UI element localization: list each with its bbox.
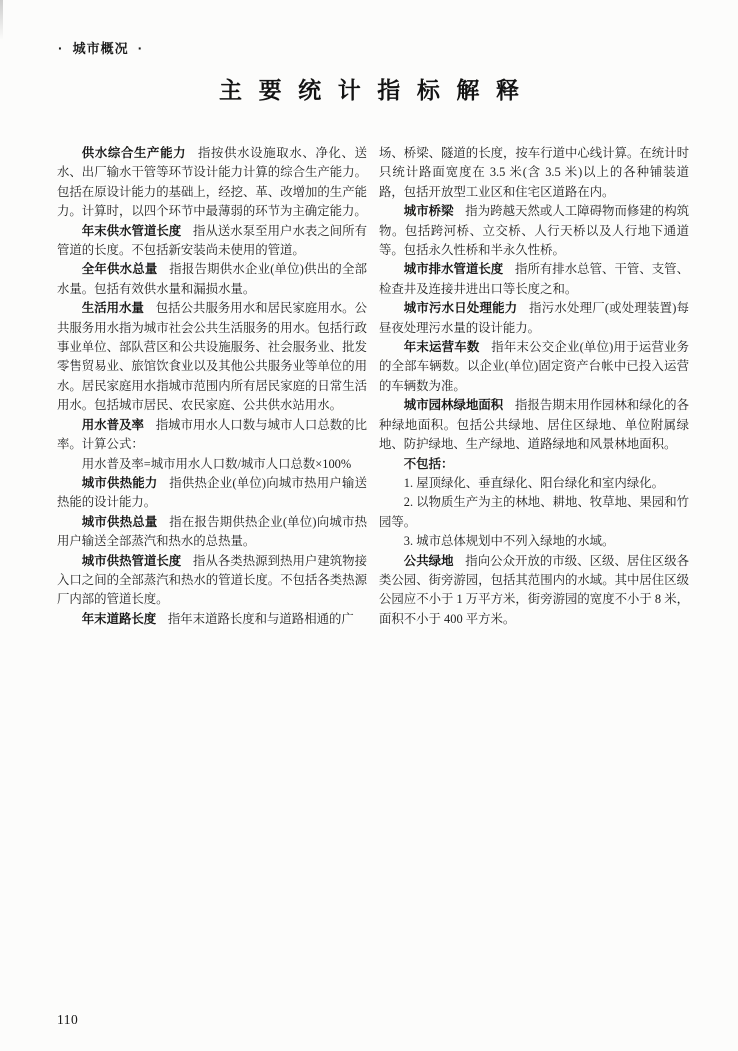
exclusion-label: 不包括： [404, 457, 454, 471]
definition-paragraph: 供水综合生产能力指按供水设施取水、净化、送水、出厂输水干管等环节设计能力计算的综… [57, 144, 367, 222]
term-label: 全年供水总量 [82, 262, 158, 276]
definition-paragraph: 年末供水管道长度指从送水泵至用户水表之间所有管道的长度。不包括新安装尚未使用的管… [57, 222, 367, 261]
term-label: 用水普及率 [82, 418, 144, 432]
water-coverage-formula: 用水普及率=城市用水人口数/城市人口总数×100% [57, 455, 367, 474]
term-label: 城市园林绿地面积 [404, 398, 503, 412]
document-page: · 城市概况 · 主要统计指标解释 供水综合生产能力指按供水设施取水、净化、送水… [0, 0, 738, 1051]
term-label: 城市供热管道长度 [82, 554, 181, 568]
term-label: 供水综合生产能力 [82, 146, 186, 160]
continuation-paragraph: 场、桥梁、隧道的长度，按车行道中心线计算。在统计时只统计路面宽度在 3.5 米(… [379, 144, 689, 202]
running-head-dot-right: · [138, 41, 144, 55]
exclusion-item: 2. 以物质生产为主的林地、耕地、牧草地、果园和竹园等。 [379, 493, 689, 532]
term-label: 城市桥梁 [404, 204, 454, 218]
running-head: · 城市概况 · [58, 38, 143, 57]
definition-paragraph: 年末道路长度指年末道路长度和与道路相通的广 [57, 610, 367, 629]
term-label: 城市供热能力 [82, 476, 158, 490]
right-column: 场、桥梁、隧道的长度，按车行道中心线计算。在统计时只统计路面宽度在 3.5 米(… [379, 144, 689, 629]
running-head-dot-left: · [58, 41, 64, 55]
term-label: 城市污水日处理能力 [404, 301, 518, 315]
term-label: 年末供水管道长度 [82, 224, 181, 238]
definition-paragraph: 年末运营车数指年末公交企业(单位)用于运营业务的全部车辆数。以企业(单位)固定资… [379, 338, 689, 396]
definition-paragraph: 城市桥梁指为跨越天然或人工障碍物而修建的构筑物。包括跨河桥、立交桥、人行天桥以及… [379, 202, 689, 260]
term-definition: 包括公共服务用水和居民家庭用水。公共服务用水指为城市社会公共生活服务的用水。包括… [57, 301, 367, 412]
term-label: 城市排水管道长度 [404, 262, 503, 276]
definition-paragraph: 公共绿地指向公众开放的市级、区级、居住区级各类公园、街旁游园，包括其范围内的水域… [379, 552, 689, 630]
page-title: 主要统计指标解释 [0, 72, 738, 105]
definition-paragraph: 城市污水日处理能力指污水处理厂(或处理装置)每昼夜处理污水量的设计能力。 [379, 299, 689, 338]
term-label: 年末道路长度 [82, 612, 156, 626]
exclusion-heading: 不包括： [379, 455, 689, 474]
definition-paragraph: 城市供热管道长度指从各类热源到热用户建筑物接入口之间的全部蒸汽和热水的管道长度。… [57, 552, 367, 610]
exclusion-item: 3. 城市总体规划中不列入绿地的水域。 [379, 532, 689, 551]
definition-paragraph: 全年供水总量指报告期供水企业(单位)供出的全部水量。包括有效供水量和漏损水量。 [57, 260, 367, 299]
definition-paragraph: 城市园林绿地面积指报告期末用作园林和绿化的各种绿地面积。包括公共绿地、居住区绿地… [379, 396, 689, 454]
term-label: 生活用水量 [82, 301, 144, 315]
definition-paragraph: 生活用水量包括公共服务用水和居民家庭用水。公共服务用水指为城市社会公共生活服务的… [57, 299, 367, 415]
term-label: 城市供热总量 [82, 515, 158, 529]
scan-edge-artifact [0, 0, 3, 40]
definition-paragraph: 城市排水管道长度指所有排水总管、干管、支管、检查井及连接井进出口等长度之和。 [379, 260, 689, 299]
term-definition: 指年末道路长度和与道路相通的广 [168, 612, 354, 626]
term-label: 公共绿地 [404, 554, 454, 568]
two-column-body: 供水综合生产能力指按供水设施取水、净化、送水、出厂输水干管等环节设计能力计算的综… [57, 144, 689, 629]
page-number: 110 [57, 1012, 78, 1028]
exclusion-item: 1. 屋顶绿化、垂直绿化、阳台绿化和室内绿化。 [379, 474, 689, 493]
definition-paragraph: 城市供热总量指在报告期供热企业(单位)向城市热用户输送全部蒸汽和热水的总热量。 [57, 513, 367, 552]
term-label: 年末运营车数 [404, 340, 480, 354]
definition-paragraph: 城市供热能力指供热企业(单位)向城市热用户输送热能的设计能力。 [57, 474, 367, 513]
definition-paragraph: 用水普及率指城市用水人口数与城市人口总数的比率。计算公式： [57, 416, 367, 455]
running-head-label: 城市概况 [73, 38, 129, 57]
left-column: 供水综合生产能力指按供水设施取水、净化、送水、出厂输水干管等环节设计能力计算的综… [57, 144, 367, 629]
